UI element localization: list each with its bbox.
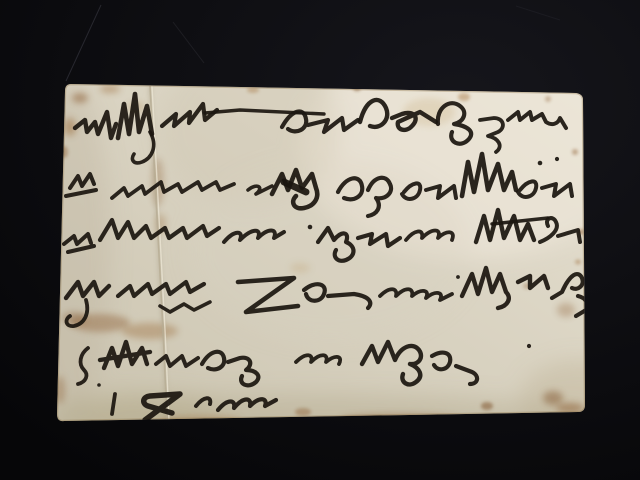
foxing-stain	[557, 303, 575, 317]
foxing-stain	[458, 93, 470, 101]
foxing-stain	[481, 402, 493, 410]
ink-dot	[555, 157, 559, 161]
foxing-stain	[575, 260, 581, 265]
foxing-stain	[295, 408, 311, 416]
shading-blob	[190, 160, 470, 340]
foxing-stain	[122, 323, 178, 339]
foxing-stain	[100, 85, 120, 93]
ink-dot	[538, 161, 543, 166]
foxing-stain	[290, 263, 310, 273]
foxing-stain	[572, 149, 578, 155]
photo-of-handwritten-note	[0, 0, 640, 480]
scene-canvas	[0, 0, 640, 480]
ink-dot	[97, 383, 101, 387]
ink-dot	[308, 225, 313, 230]
foxing-stain	[72, 93, 88, 103]
foxing-stain	[545, 96, 551, 102]
ink-dot	[456, 275, 460, 279]
foxing-stain	[543, 391, 563, 405]
ink-dot	[527, 344, 531, 348]
